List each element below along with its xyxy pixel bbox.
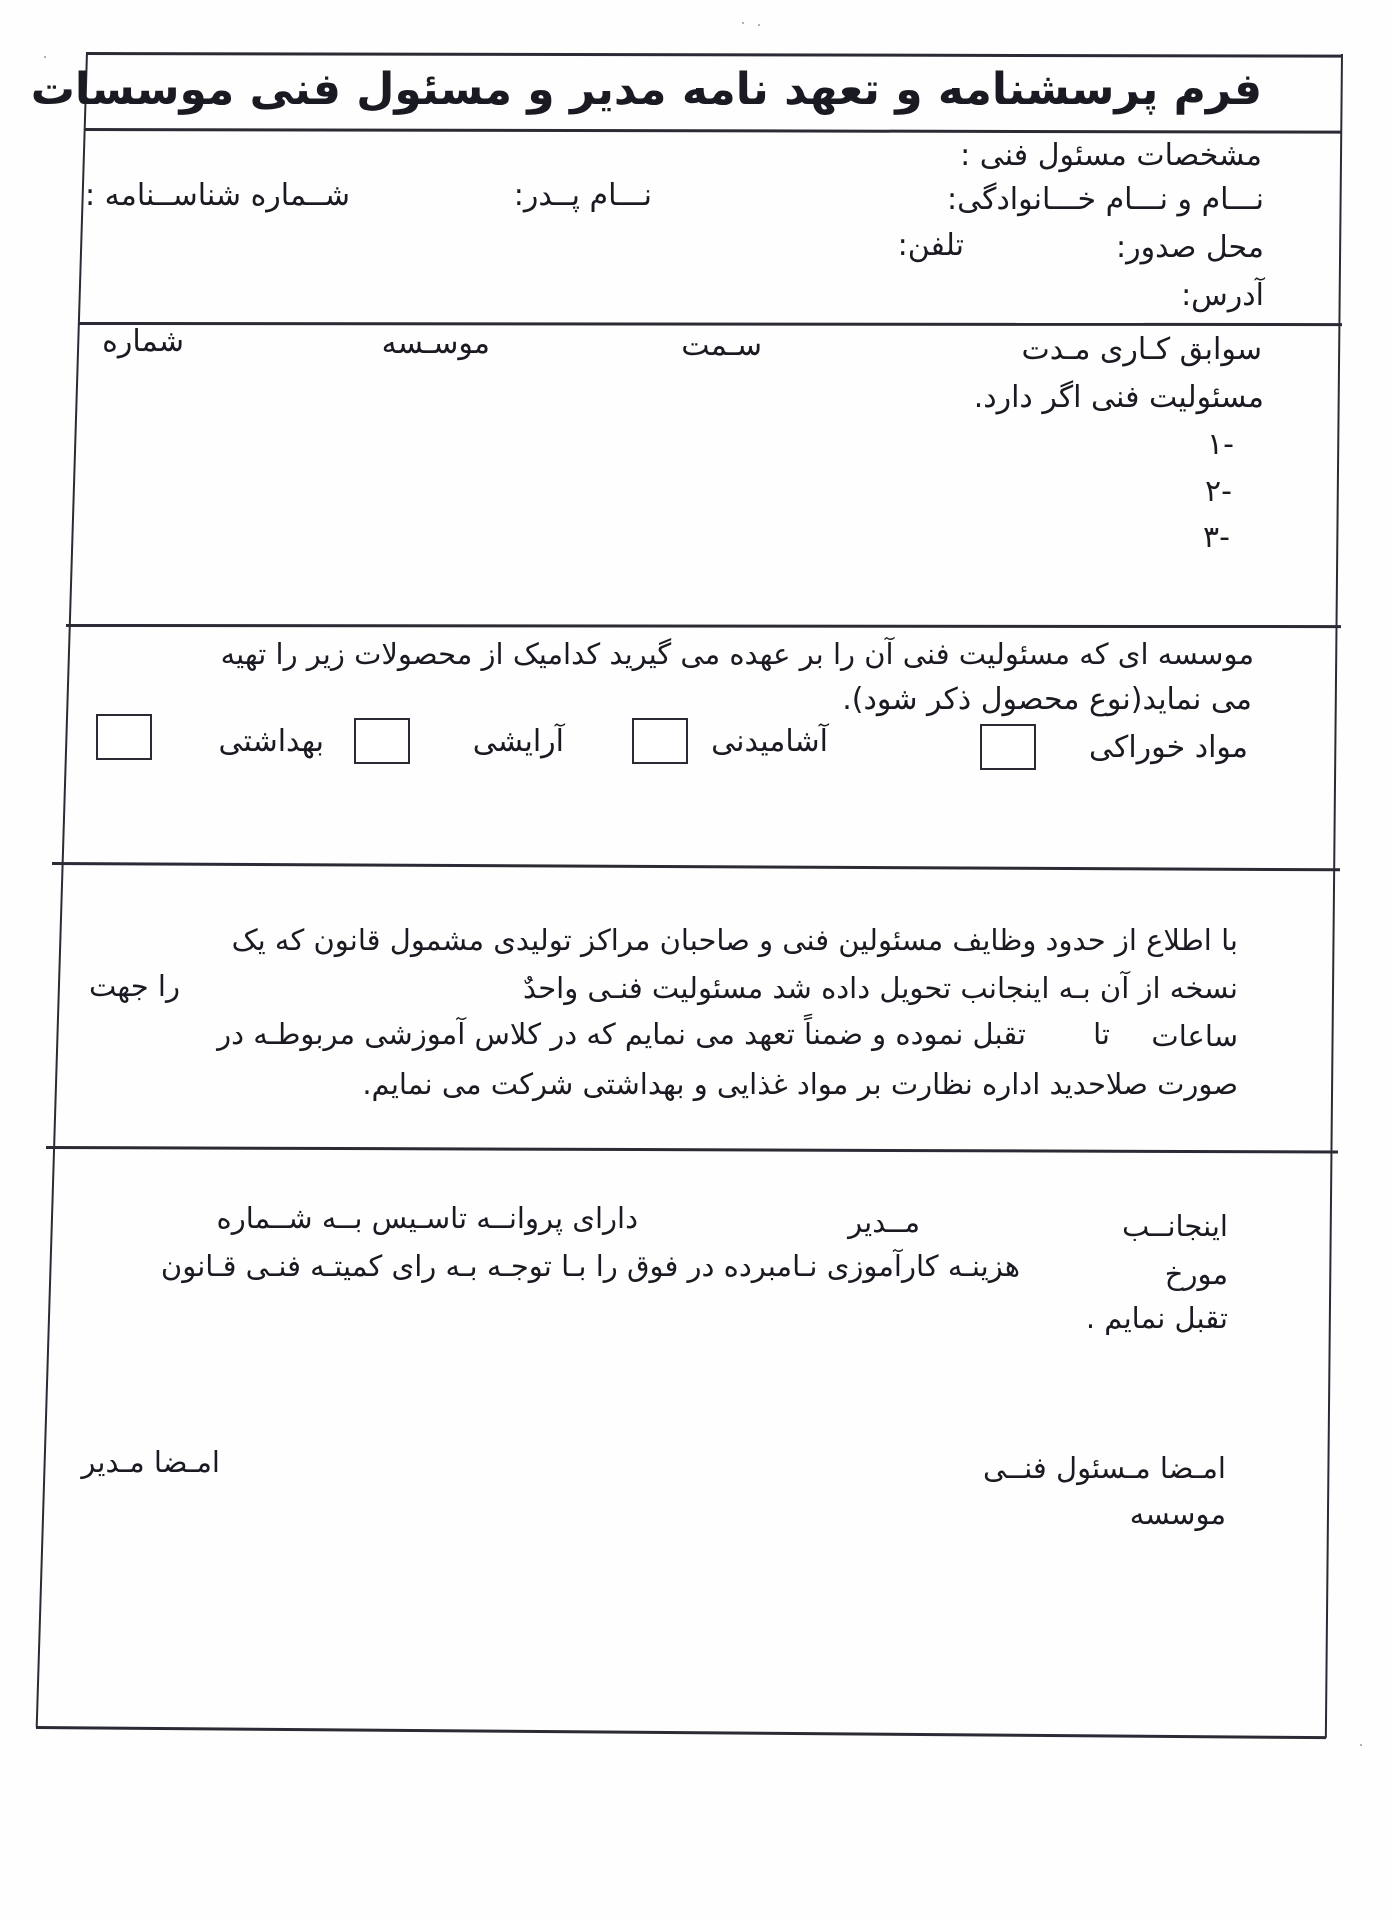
manager-line1-manager: مــدیر xyxy=(848,1202,920,1242)
option-beverage-label: آشامیدنی xyxy=(711,722,828,762)
commitment-line3-to: تا xyxy=(1093,1014,1110,1054)
history-col-position: سـمت xyxy=(681,326,762,366)
products-question-line2: می نماید(نوع محصول ذکر شود). xyxy=(842,680,1252,720)
issue-place-label: محل صدور: xyxy=(1116,228,1264,268)
history-col-duration-line2: مسئولیت فنی اگر دارد. xyxy=(974,378,1264,418)
history-col-duration: سوابق کـاری مـدت xyxy=(1022,330,1262,370)
manager-line2-dated: مورخ xyxy=(1165,1254,1228,1294)
scan-speck xyxy=(44,56,46,58)
manager-line1-license: دارای پروانــه تاسـیس بــه شــماره xyxy=(217,1198,638,1238)
manager-line2-text: هزینـه کارآموزی نـامبرده در فوق را بـا ت… xyxy=(161,1246,1020,1286)
phone-label: تلفن: xyxy=(898,226,964,266)
manager-line1-undersigned: اینجانــب xyxy=(1122,1206,1228,1246)
commitment-line4: صورت صلاحدید اداره نظارت بر مواد غذایی و… xyxy=(362,1064,1238,1104)
option-hygiene-label: بهداشتی xyxy=(219,722,324,762)
scan-speck xyxy=(758,24,760,26)
form-title: فرم پرسشنامه و تعهد نامه مدیر و مسئول فن… xyxy=(31,62,1262,118)
commitment-line2a: نسخه از آن بـه اینجانب تحویل داده شد مسئ… xyxy=(523,968,1238,1008)
form-page: فرم پرسشنامه و تعهد نامه مدیر و مسئول فن… xyxy=(0,0,1390,1921)
scan-speck xyxy=(742,22,744,24)
id-number-label: شــماره شناســنامه : xyxy=(85,176,350,216)
scan-speck xyxy=(1360,1744,1362,1746)
manager-signature-label: امـضا مـدیر xyxy=(81,1442,220,1482)
full-name-label: نـــام و نـــام خـــانوادگی: xyxy=(947,180,1264,220)
address-label: آدرس: xyxy=(1181,276,1264,316)
manager-line3: تقبل نمایم . xyxy=(1086,1298,1228,1338)
history-col-institute: موسـسه xyxy=(382,324,490,364)
products-question-line1: موسسه ای که مسئولیت فنی آن را بر عهده می… xyxy=(221,634,1254,674)
commitment-divider xyxy=(46,1146,1338,1154)
history-row-2: -۲ xyxy=(1205,472,1232,512)
option-hygiene-checkbox[interactable] xyxy=(96,714,152,760)
commitment-line3-hours: ساعات xyxy=(1151,1016,1238,1056)
commitment-line2b: را جهت xyxy=(89,966,180,1006)
option-food-label: مواد خوراکی xyxy=(1089,728,1248,768)
father-name-label: نـــام پــدر: xyxy=(514,176,652,216)
products-divider xyxy=(52,862,1340,871)
option-beverage-checkbox[interactable] xyxy=(632,718,688,764)
history-col-number: شماره xyxy=(102,322,184,362)
institute-signature-label: موسسه xyxy=(1130,1494,1226,1534)
identity-heading: مشخصات مسئول فنی : xyxy=(960,136,1262,176)
title-divider xyxy=(84,128,1342,134)
frame-bottom-border xyxy=(36,1726,1326,1739)
history-row-3: -۳ xyxy=(1203,518,1230,558)
commitment-line1: با اطلاع از حدود وظایف مسئولین فنی و صاح… xyxy=(232,920,1238,960)
option-cosmetic-checkbox[interactable] xyxy=(354,718,410,764)
technical-manager-signature-label: امـضا مـسئول فنــی xyxy=(983,1448,1226,1488)
history-row-1: -۱ xyxy=(1207,425,1234,465)
frame-top-border xyxy=(86,52,1342,58)
frame-right-border xyxy=(1325,54,1343,1738)
option-cosmetic-label: آرایشی xyxy=(473,722,564,762)
option-food-checkbox[interactable] xyxy=(980,724,1036,770)
history-divider xyxy=(66,624,1341,628)
commitment-line3-text: تقبل نموده و ضمناً تعهد می نمایم که در ک… xyxy=(217,1014,1026,1054)
